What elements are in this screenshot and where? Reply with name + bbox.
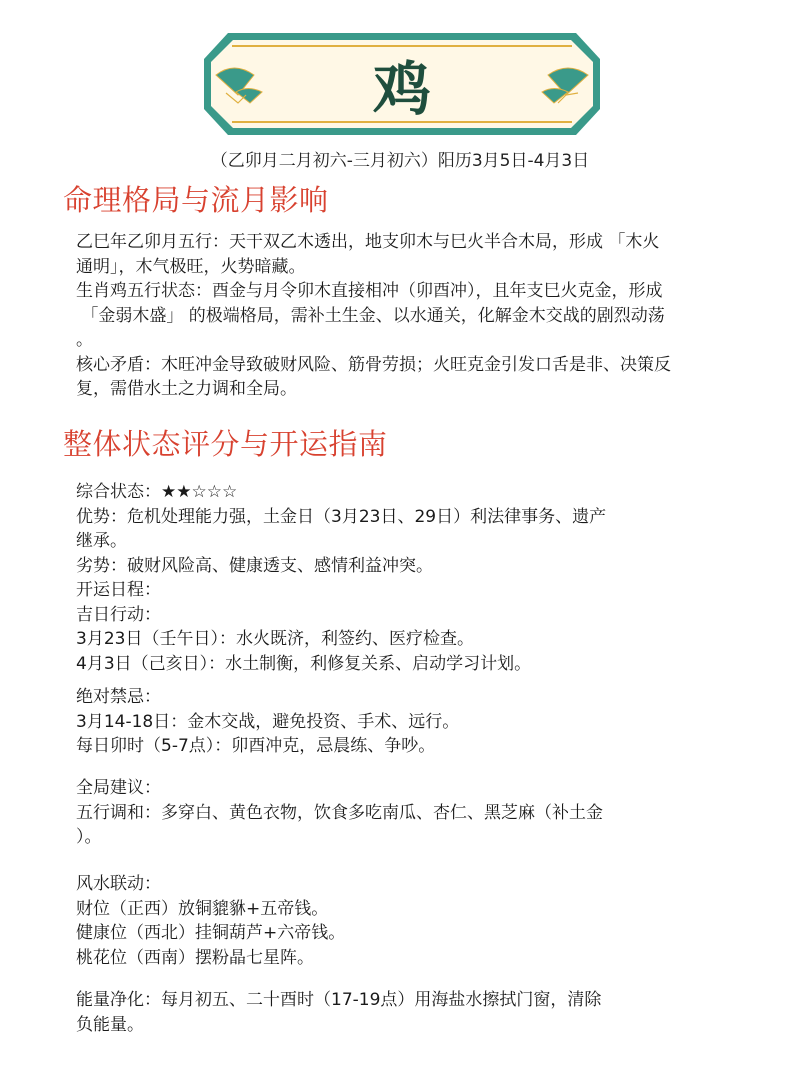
fengshui-paragraph: 风水联动： 财位（正西）放铜貔貅+五帝钱。 健康位（西北）挂铜葫芦+六帝钱。 桃… [76, 872, 716, 970]
text-line: 优势：危机处理能力强，土金日（3月23日、29日）利法律事务、遗产 [76, 505, 716, 530]
text-line: 。 [76, 328, 716, 353]
rating-label: 综合状态： [76, 482, 161, 502]
text-line: 乙巳年乙卯月五行：天干双乙木透出，地支卯木与巳火半合木局，形成 「木火 [76, 230, 716, 255]
text-line: 绝对禁忌： [76, 685, 716, 710]
text-line: 复，需借水土之力调和全局。 [76, 377, 716, 402]
section-title-destiny: 命理格局与流月影响 [63, 178, 329, 219]
text-line: 通明」，木气极旺，火势暗藏。 [76, 255, 716, 280]
text-line: 财位（正西）放铜貔貅+五帝钱。 [76, 897, 716, 922]
text-line: 桃花位（西南）摆粉晶七星阵。 [76, 946, 716, 971]
rating-stars: ★★☆☆☆ [161, 482, 237, 502]
text-line: 五行调和：多穿白、黄色衣物，饮食多吃南瓜、杏仁、黑芝麻（补土金 [76, 801, 716, 826]
text-line: 负能量。 [76, 1013, 716, 1038]
text-line: 能量净化：每月初五、二十酉时（17-19点）用海盐水擦拭门窗，清除 [76, 988, 716, 1013]
text-line: 生肖鸡五行状态：酉金与月令卯木直接相冲（卯酉冲），且年支巳火克金，形成 [76, 279, 716, 304]
date-range-subtitle: （乙卯月二月初六-三月初六）阳历3月5日-4月3日 [0, 146, 800, 171]
text-line: 劣势：破财风险高、健康透支、感情利益冲突。 [76, 554, 716, 579]
section-title-status: 整体状态评分与开运指南 [63, 422, 388, 463]
destiny-paragraph: 乙巳年乙卯月五行：天干双乙木透出，地支卯木与巳火半合木局，形成 「木火 通明」，… [76, 230, 716, 402]
text-line: 全局建议： [76, 776, 716, 801]
text-line: 3月23日（壬午日）：水火既济，利签约、医疗检查。 [76, 627, 716, 652]
text-line: ）。 [76, 825, 716, 850]
text-line: 4月3日（己亥日）：水土制衡，利修复关系、启动学习计划。 [76, 652, 716, 677]
taboo-paragraph: 绝对禁忌： 3月14-18日：金木交战，避免投资、手术、远行。 每日卯时（5-7… [76, 685, 716, 759]
text-line: 继承。 [76, 529, 716, 554]
text-line: 吉日行动： [76, 603, 716, 628]
text-line: 核心矛盾：木旺冲金导致破财风险、筋骨劳损；火旺克金引发口舌是非、决策反 [76, 353, 716, 378]
zodiac-title: 鸡 [202, 31, 602, 137]
advice-paragraph: 全局建议： 五行调和：多穿白、黄色衣物，饮食多吃南瓜、杏仁、黑芝麻（补土金 ）。 [76, 776, 716, 850]
text-line: 风水联动： [76, 872, 716, 897]
text-line: 3月14-18日：金木交战，避免投资、手术、远行。 [76, 710, 716, 735]
text-line: 健康位（西北）挂铜葫芦+六帝钱。 [76, 921, 716, 946]
zodiac-banner: 鸡 [202, 31, 602, 137]
status-paragraph: 综合状态：★★☆☆☆ 优势：危机处理能力强，土金日（3月23日、29日）利法律事… [76, 480, 716, 676]
text-line: 开运日程： [76, 578, 716, 603]
text-line: 每日卯时（5-7点）：卯酉冲克，忌晨练、争吵。 [76, 734, 716, 759]
purification-paragraph: 能量净化：每月初五、二十酉时（17-19点）用海盐水擦拭门窗，清除 负能量。 [76, 988, 716, 1037]
text-line: 「金弱木盛」 的极端格局，需补土生金、以水通关，化解金木交战的剧烈动荡 [76, 304, 716, 329]
rating-line: 综合状态：★★☆☆☆ [76, 480, 716, 505]
